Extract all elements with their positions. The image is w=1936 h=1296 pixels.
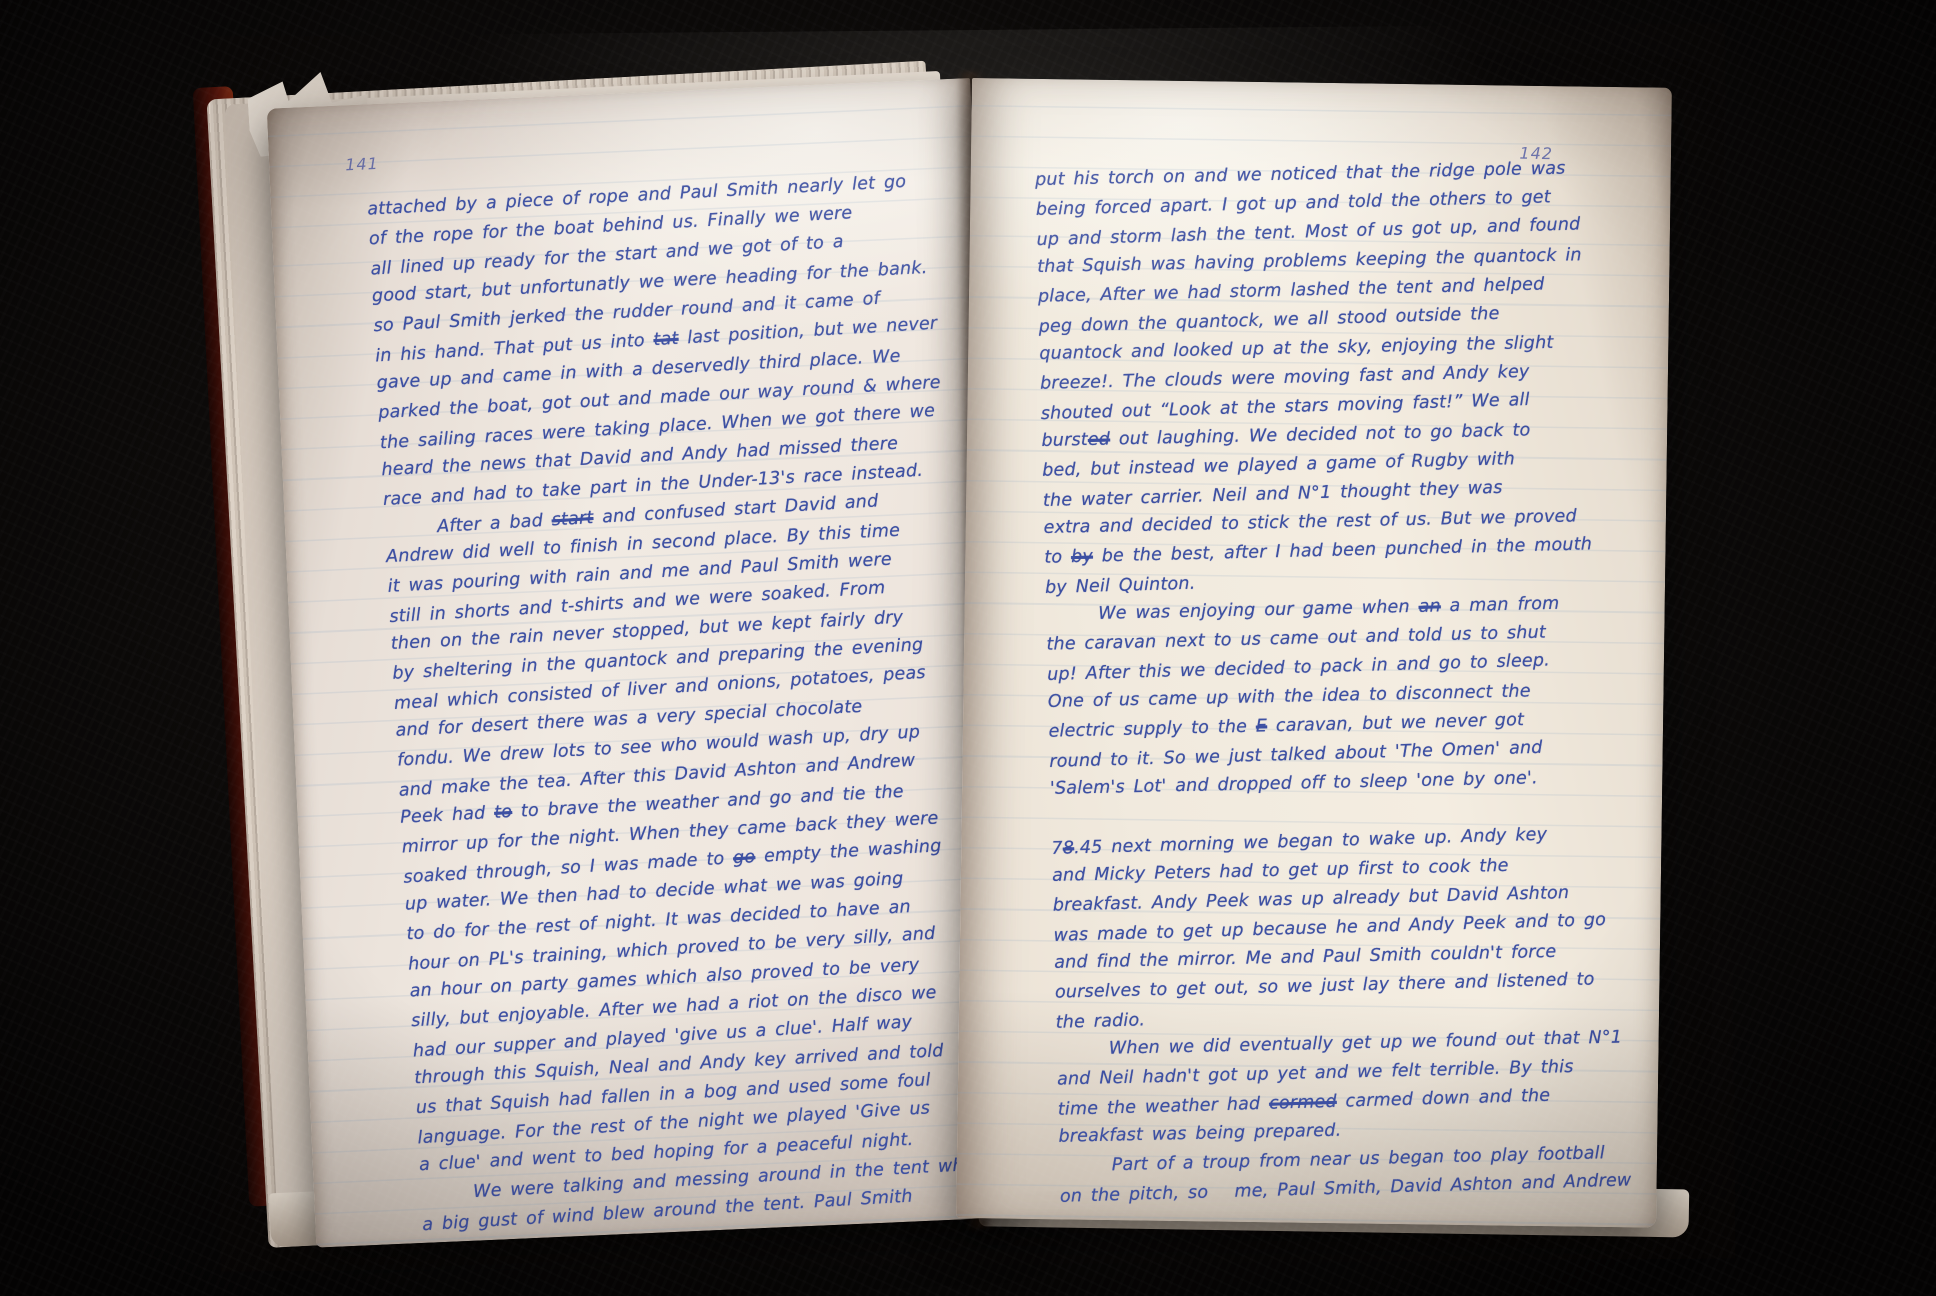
right-page-handwriting: put his torch on and we noticed that the…: [1035, 153, 1644, 1211]
left-page-handwriting: attached by a piece of rope and Paul Smi…: [367, 165, 1007, 1239]
left-page: 141 attached by a piece of rope and Paul…: [267, 78, 1020, 1248]
right-page: 142 put his torch on and we noticed that…: [956, 78, 1672, 1228]
open-notebook: 141 attached by a piece of rope and Paul…: [230, 44, 1715, 1252]
left-page-number: 141: [345, 154, 379, 174]
photo-background: 141 attached by a piece of rope and Paul…: [0, 0, 1936, 1296]
